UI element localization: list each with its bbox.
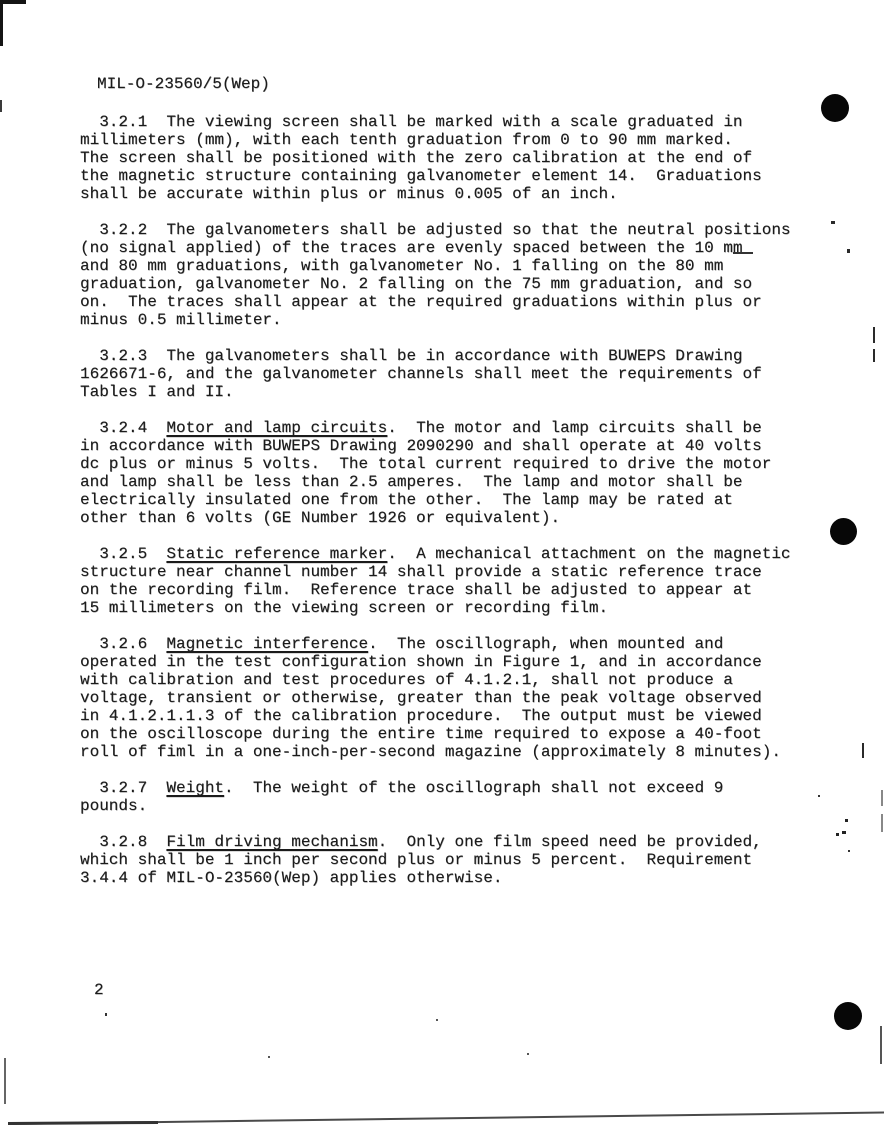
punch-dot-top: [821, 94, 849, 122]
punch-dot-bottom: [834, 1002, 862, 1030]
paragraph-heading: Film driving mechanism: [166, 833, 377, 851]
paragraph-3.2.8: 3.2.8 Film driving mechanism. Only one f…: [80, 833, 828, 887]
paragraph-list: 3.2.1 The viewing screen shall be marked…: [80, 113, 828, 887]
scan-speck: [818, 795, 820, 797]
scan-margin-dash: [873, 327, 875, 343]
paragraph-number: 3.2.5: [80, 545, 166, 563]
page-number: 2: [94, 981, 104, 999]
scan-corner-top-bar: [0, 0, 26, 4]
paragraph-number: 3.2.4: [80, 419, 166, 437]
paragraph-number: 3.2.6: [80, 635, 166, 653]
punch-dot-middle: [830, 518, 857, 545]
paragraph-number: 3.2.2: [80, 221, 166, 239]
scan-speck: [268, 1056, 270, 1058]
paragraph-body: . The oscillograph, when mounted and ope…: [80, 635, 781, 761]
scanned-document-page: MIL-O-23560/5(Wep) 3.2.1 The viewing scr…: [0, 0, 884, 1131]
scan-edge-line: [881, 814, 883, 832]
scan-speck: [105, 1013, 107, 1016]
paragraph-3.2.7: 3.2.7 Weight. The weight of the oscillog…: [80, 779, 828, 815]
document-id-header: MIL-O-23560/5(Wep): [80, 75, 828, 93]
scan-bottom-edge-thick: [8, 1121, 158, 1125]
paragraph-number: 3.2.7: [80, 779, 166, 797]
paragraph-heading: Static reference marker: [166, 545, 387, 563]
scan-speck: [847, 249, 850, 253]
scan-margin-dash: [873, 349, 875, 362]
scan-corner-left-bar: [0, 0, 3, 46]
scan-speck: [845, 819, 848, 822]
scan-bottom-left-edge: [4, 1058, 6, 1104]
scan-speck: [836, 833, 839, 836]
scan-speck: [842, 831, 846, 834]
paragraph-3.2.2: 3.2.2 The galvanometers shall be adjuste…: [80, 221, 828, 329]
scan-margin-dash: [862, 743, 864, 758]
paragraph-3.2.6: 3.2.6 Magnetic interference. The oscillo…: [80, 635, 828, 761]
paragraph-number: 3.2.8: [80, 833, 166, 851]
paragraph-body: The galvanometers shall be in accordance…: [80, 347, 762, 401]
scan-speck: [436, 1019, 438, 1021]
scan-underline-mark: [733, 252, 753, 254]
document-content: MIL-O-23560/5(Wep) 3.2.1 The viewing scr…: [80, 75, 828, 887]
paragraph-3.2.4: 3.2.4 Motor and lamp circuits. The motor…: [80, 419, 828, 527]
paragraph-number: 3.2.1: [80, 113, 166, 131]
paragraph-body: The galvanometers shall be adjusted so t…: [80, 221, 791, 329]
scan-edge-line: [880, 1026, 882, 1064]
paragraph-heading: Magnetic interference: [166, 635, 368, 653]
scan-edge-line: [881, 790, 883, 806]
scan-speck: [527, 1053, 529, 1055]
scan-speck: [848, 850, 850, 852]
paragraph-3.2.1: 3.2.1 The viewing screen shall be marked…: [80, 113, 828, 203]
paragraph-heading: Motor and lamp circuits: [166, 419, 387, 437]
paragraph-heading: Weight: [166, 779, 224, 797]
paragraph-number: 3.2.3: [80, 347, 166, 365]
paragraph-body: The viewing screen shall be marked with …: [80, 113, 762, 203]
scan-left-tick: [0, 100, 2, 112]
paragraph-3.2.5: 3.2.5 Static reference marker. A mechani…: [80, 545, 828, 617]
scan-speck: [831, 221, 835, 224]
paragraph-3.2.3: 3.2.3 The galvanometers shall be in acco…: [80, 347, 828, 401]
